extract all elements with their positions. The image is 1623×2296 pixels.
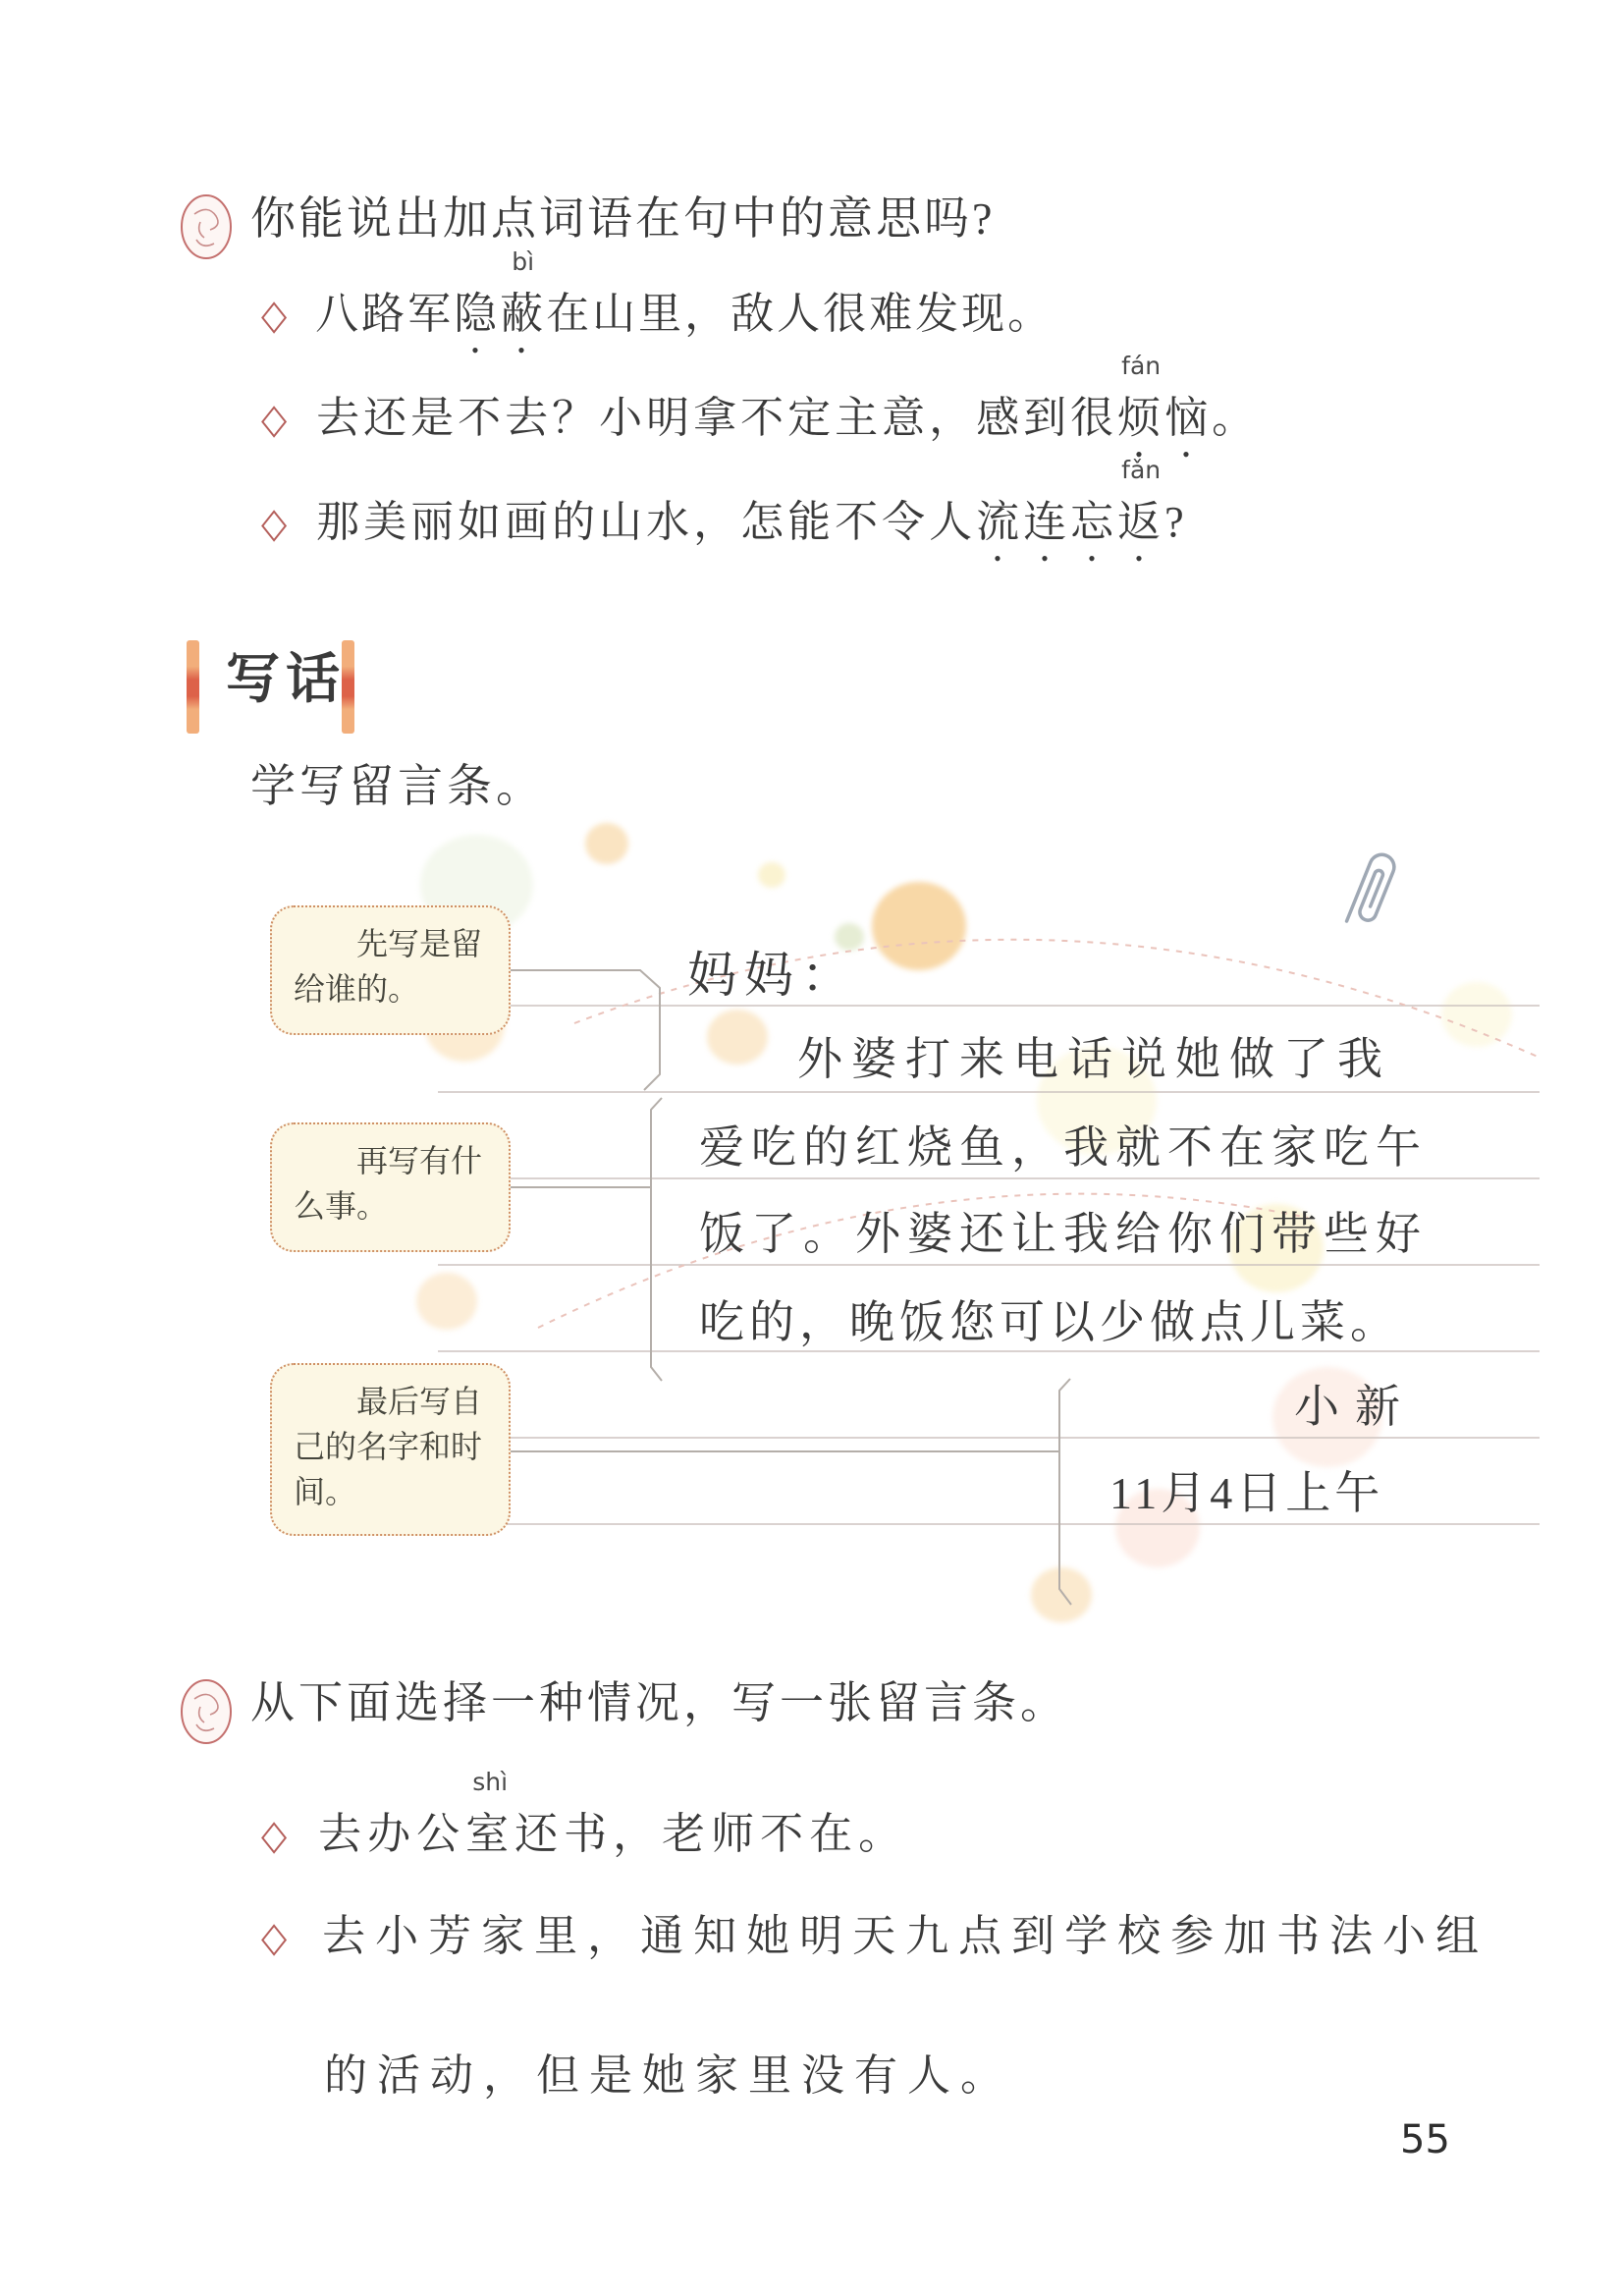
sentence-item: ◇去还是不去？小明拿不定主意，感到很fán烦恼。 xyxy=(261,391,1259,466)
note-salutation: 妈妈： xyxy=(687,945,858,1007)
callout-box-recipient: 先写是留给谁的。 xyxy=(270,905,511,1035)
note-signature: 小新 xyxy=(1294,1379,1416,1436)
emphasized-word: 流连忘 xyxy=(976,498,1117,546)
annotated-char: 返 xyxy=(1117,498,1164,546)
annotated-char: 室 xyxy=(465,1810,514,1858)
sentence-text: 去办公 xyxy=(318,1810,465,1858)
situation-item: ◇去小芳家里，通知她明天九点到学校参加书法小组 xyxy=(261,1909,1488,1963)
note-line: 吃的，晚饭您可以少做点儿菜。 xyxy=(699,1294,1400,1351)
pinyin-label: bì xyxy=(512,249,534,274)
callout-text: 先写是留给谁的。 xyxy=(294,921,487,1011)
pinyin-label: shì xyxy=(472,1770,508,1794)
sentence-text: 八路军 xyxy=(315,290,454,338)
paperclip-icon xyxy=(1326,833,1418,946)
section-header: 写话 xyxy=(226,646,346,714)
sentence-text: 去小芳家里，通知她明天九点到学校参加书法小组 xyxy=(322,1912,1488,1960)
pinyin-label: fán xyxy=(1121,354,1161,378)
watercolor-blob xyxy=(872,882,966,970)
pinyin-annotated-char: bì蔽 xyxy=(500,287,546,362)
watercolor-blob xyxy=(758,862,785,888)
note-line: 饭了。外婆还让我给你们带些好 xyxy=(699,1206,1428,1263)
sentence-text: 在山里，敌人很难发现。 xyxy=(546,290,1054,338)
seal-icon xyxy=(179,1677,234,1746)
pinyin-label: fǎn xyxy=(1121,458,1161,482)
situation-item: ◇去办公shì室还书，老师不在。 xyxy=(261,1807,907,1861)
note-line: 外婆打来电话说她做了我 xyxy=(797,1031,1391,1088)
callout-text: 再写有什么事。 xyxy=(294,1138,487,1229)
pinyin-annotated-char: shì室 xyxy=(465,1807,514,1861)
sentence-text: 。 xyxy=(1212,394,1259,442)
emphasized-word: 隐 xyxy=(454,290,500,338)
sentence-text: 还书，老师不在。 xyxy=(514,1810,907,1858)
header-bar-right xyxy=(342,640,354,734)
question-title: 从下面选择一种情况，写一张留言条。 xyxy=(250,1675,1068,1730)
annotated-char: 蔽 xyxy=(500,290,546,338)
header-bar-left xyxy=(187,640,199,734)
page-number: 55 xyxy=(1400,2117,1450,2162)
callout-box-message: 再写有什么事。 xyxy=(270,1122,511,1252)
callout-text: 最后写自己的名字和时间。 xyxy=(294,1379,487,1514)
diamond-bullet: ◇ xyxy=(261,498,291,550)
watercolor-blob xyxy=(416,1273,477,1330)
sentence-item: ◇八路军隐bì蔽在山里，敌人很难发现。 xyxy=(261,287,1054,362)
diamond-bullet: ◇ xyxy=(261,394,291,446)
pinyin-annotated-char: fǎn返 xyxy=(1117,495,1164,571)
watercolor-blob xyxy=(1031,1567,1092,1622)
diamond-bullet: ◇ xyxy=(261,290,290,342)
diamond-bullet: ◇ xyxy=(261,1912,297,1964)
annotated-char: 烦 xyxy=(1117,394,1164,442)
question-title: 你能说出加点词语在句中的意思吗? xyxy=(250,191,995,247)
section-intro: 学写留言条。 xyxy=(250,758,545,815)
watercolor-blob xyxy=(707,1010,768,1065)
situation-item-continued: 的活动，但是她家里没有人。 xyxy=(324,2049,1013,2103)
sentence-text: ? xyxy=(1164,498,1188,546)
seal-icon xyxy=(179,192,234,261)
watercolor-blob xyxy=(1441,982,1512,1047)
sentence-text: 那美丽如画的山水，怎能不令人 xyxy=(316,498,976,546)
emphasized-word: 恼 xyxy=(1164,394,1212,442)
note-date: 11月4日上午 xyxy=(1109,1465,1383,1522)
textbook-page: 你能说出加点词语在句中的意思吗? ◇八路军隐bì蔽在山里，敌人很难发现。 ◇去还… xyxy=(0,0,1623,2296)
diamond-bullet: ◇ xyxy=(261,1810,293,1862)
callout-box-signature: 最后写自己的名字和时间。 xyxy=(270,1363,511,1536)
note-line: 爱吃的红烧鱼，我就不在家吃午 xyxy=(699,1120,1428,1176)
sentence-text: 去还是不去？小明拿不定主意，感到很 xyxy=(316,394,1117,442)
watercolor-blob xyxy=(585,823,628,864)
sentence-item: ◇那美丽如画的山水，怎能不令人流连忘fǎn返? xyxy=(261,495,1188,571)
